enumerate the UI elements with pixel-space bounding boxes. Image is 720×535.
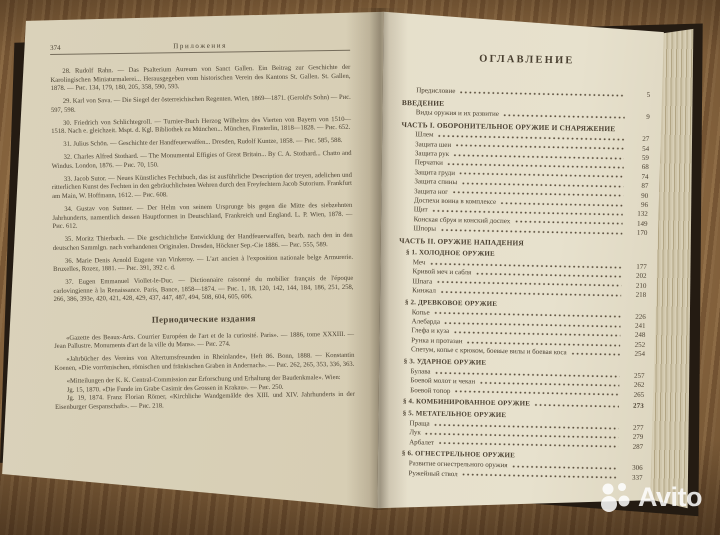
dot-leader [500, 200, 623, 208]
dot-leader [534, 402, 619, 410]
bibliography-entry: 35. Moritz Thierbach. — Die geschichtlic… [53, 232, 353, 253]
dot-leader [511, 463, 617, 471]
bibliography-entry: 34. Gustav von Suttner. — Der Helm von s… [52, 202, 352, 232]
periodical-entry: «Jahrbücher des Vereins von Altertumsfre… [54, 352, 354, 373]
toc-section-header: § 4. КОМБИНИРОВАННОЕ ОРУЖИЕ273 [396, 398, 644, 411]
dot-leader [447, 161, 624, 171]
header-spacer [308, 46, 350, 47]
page-number: 374 [50, 43, 92, 52]
avito-watermark-text: Avito [638, 482, 702, 513]
dot-leader [440, 227, 623, 237]
dot-leader [453, 329, 620, 338]
dot-leader [444, 320, 621, 330]
bibliography-entry: 29. Karl von Sava. — Die Siegel der öste… [51, 94, 351, 115]
dot-leader [455, 142, 624, 151]
dot-leader [440, 289, 621, 299]
dot-leader [479, 380, 619, 389]
dot-leader [438, 440, 618, 450]
bibliography-entry: 30. Friedrich von Schlichtegroll. — Turn… [51, 115, 351, 136]
dot-leader [514, 219, 622, 227]
dot-leader [462, 472, 618, 481]
dot-leader [571, 350, 620, 357]
toc-part-header: ЧАСТЬ II. ОРУЖИЕ НАПАДЕНИЯ [399, 237, 647, 250]
dot-leader [475, 270, 621, 279]
periodicals-heading: Периодические издания [54, 312, 354, 326]
periodical-entry: «Gazette des Beaux-Arts. Courrier Europé… [54, 331, 354, 352]
running-title: Приложения [92, 40, 308, 51]
dot-leader [503, 112, 625, 120]
bibliography-entry: 37. Eugen Emmanuel Viollet-le-Duc. — Dic… [53, 275, 353, 305]
bibliography-entry: 28. Rudolf Rahn. — Das Psalterium Aureum… [50, 64, 350, 94]
dot-leader [459, 171, 624, 180]
toc-row: Предисловие5 [402, 87, 650, 100]
dot-leader [453, 152, 624, 161]
left-page-content: 374 Приложения 28. Rudolf Rahn. — Das Ps… [50, 40, 355, 412]
avito-logo-icon [599, 481, 633, 513]
bibliography-entry: 31. Julius Schön. — Geschichte der Handf… [51, 137, 351, 150]
book-photo: 374 Приложения 28. Rudolf Rahn. — Das Ps… [0, 0, 720, 535]
dot-leader [459, 89, 625, 98]
dot-leader [454, 388, 619, 397]
bibliography-entry: 32. Charles Alfred Stothard. — The Monum… [52, 150, 352, 171]
avito-watermark: Avito [599, 481, 702, 513]
bibliography-entry: 36. Marie Denis Arnold Eugene van Vinker… [53, 254, 353, 275]
table-of-contents: ОГЛАВЛЕНИЕ Предисловие5 ВВЕДЕНИЕ Виды ор… [394, 52, 651, 484]
bibliography-entry: 33. Jacob Sutor. — Neues Künstliches Fec… [52, 172, 352, 202]
dot-leader [461, 180, 623, 189]
bibliography-list: 28. Rudolf Rahn. — Das Psalterium Aureum… [50, 64, 355, 412]
